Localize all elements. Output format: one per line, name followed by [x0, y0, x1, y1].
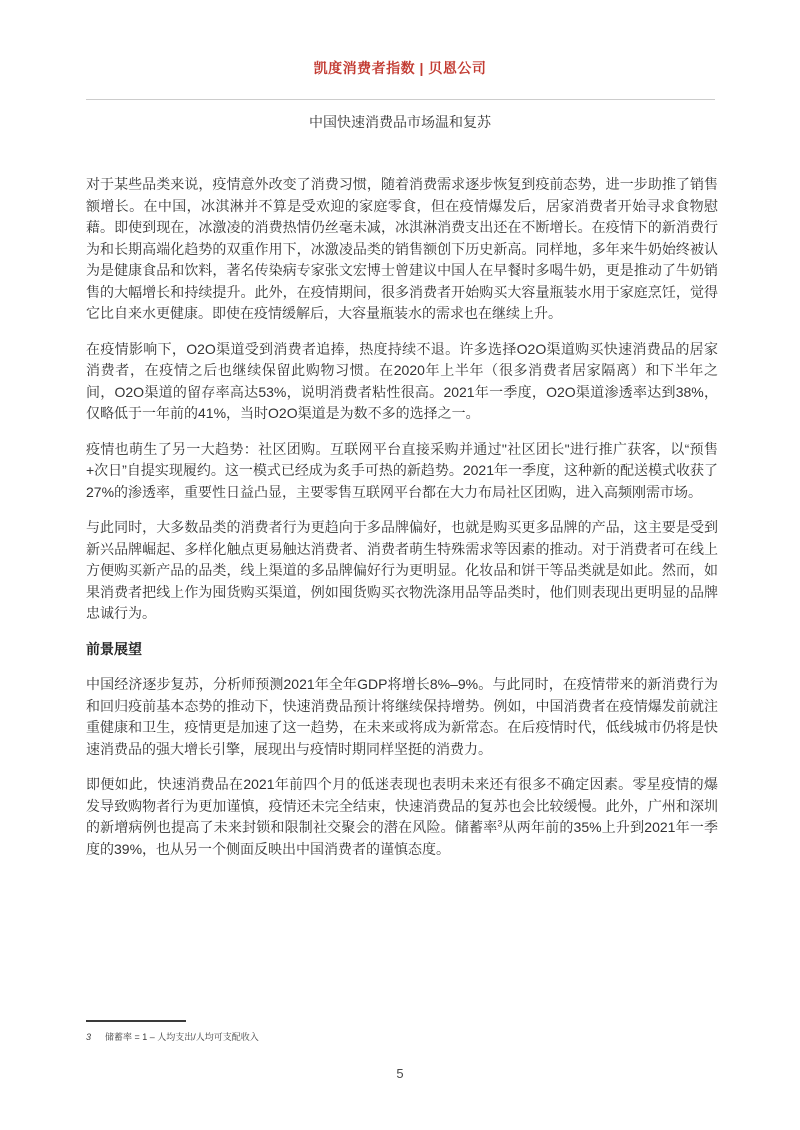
page-number: 5	[0, 1066, 800, 1081]
paragraph-o2o-channel: 在疫情影响下，O2O渠道受到消费者追捧，热度持续不退。许多选择O2O渠道购买快速…	[86, 339, 718, 425]
paragraph-community-group-buying: 疫情也萌生了另一大趋势：社区团购。互联网平台直接采购并通过"社区团长"进行推广获…	[86, 439, 718, 504]
paragraph-covid-habits: 对于某些品类来说，疫情意外改变了消费习惯，随着消费需求逐步恢复到疫前态势，进一步…	[86, 174, 718, 325]
document-body: 对于某些品类来说，疫情意外改变了消费习惯，随着消费需求逐步恢复到疫前态势，进一步…	[86, 174, 718, 874]
paragraph-uncertainty: 即便如此，快速消费品在2021年前四个月的低迷表现也表明未来还有很多不确定因素。…	[86, 774, 718, 860]
header-divider	[86, 99, 715, 100]
document-page: 凯度消费者指数 | 贝恩公司 中国快速消费品市场温和复苏 对于某些品类来说，疫情…	[0, 0, 800, 1130]
section-heading-outlook: 前景展望	[86, 639, 718, 661]
page-title: 中国快速消费品市场温和复苏	[0, 112, 800, 132]
paragraph-gdp-outlook: 中国经济逐步复苏，分析师预测2021年全年GDP将增长8%–9%。与此同时，在疫…	[86, 674, 718, 760]
footnote-divider	[86, 1020, 186, 1022]
footnote-number: 3	[86, 1032, 91, 1042]
footnote-text: 储蓄率 = 1 – 人均支出/人均可支配收入	[105, 1032, 259, 1042]
brand-title: 凯度消费者指数 | 贝恩公司	[0, 58, 800, 78]
paragraph-multi-brand-preference: 与此同时，大多数品类的消费者行为更趋向于多品牌偏好，也就是购买更多品牌的产品，这…	[86, 517, 718, 625]
footnote: 3储蓄率 = 1 – 人均支出/人均可支配收入	[86, 1030, 718, 1043]
